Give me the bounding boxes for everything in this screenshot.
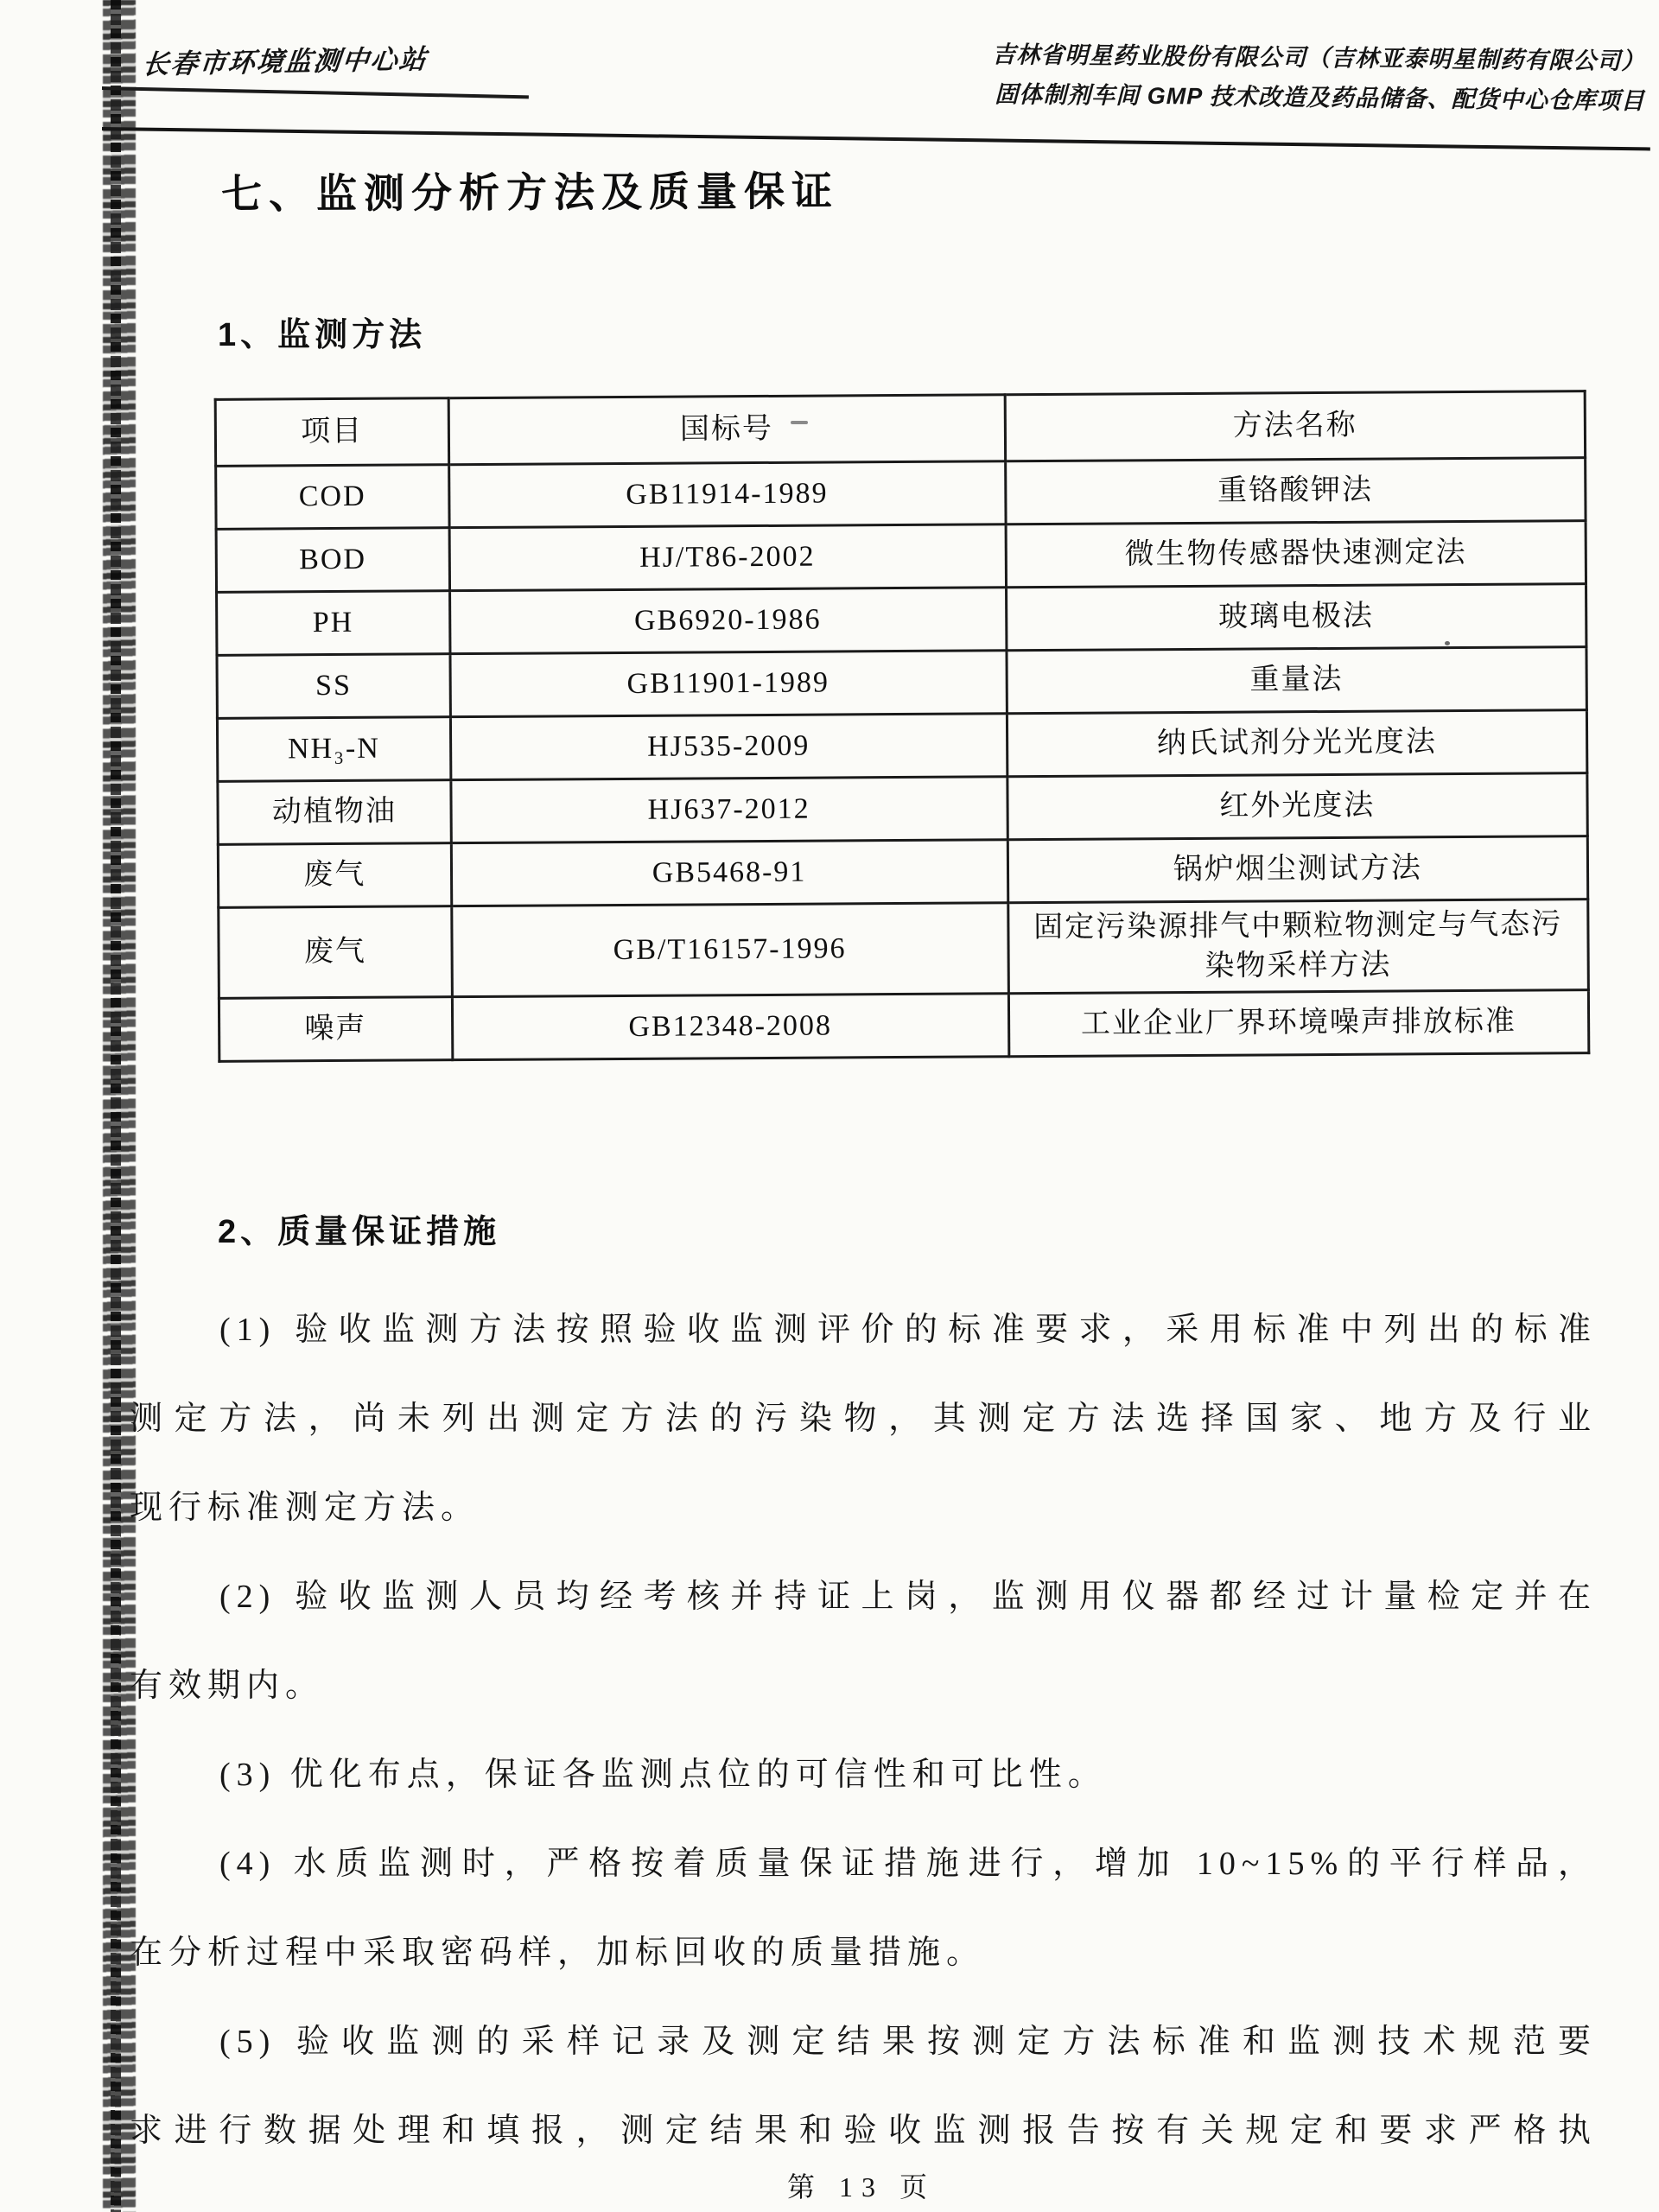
paragraph-line: (1) 验收监测方法按照验收监测评价的标准要求，采用标准中列出的标准 [130, 1286, 1597, 1375]
table-row: NH₃-N HJ535-2009 纳氏试剂分光光度法 [217, 710, 1586, 782]
monitoring-methods-table: 项目 国标号 方法名称 COD GB11914-1989 重铬酸钾法 BOD H… [214, 390, 1591, 1063]
cell-method: 玻璃电极法 [1006, 584, 1586, 651]
page-title: 七、监测分析方法及质量保证 [221, 159, 839, 220]
cell-item: 废气 [219, 906, 452, 999]
paragraph-line: (3) 优化布点，保证各监测点位的可信性和可比性。 [130, 1731, 1597, 1820]
scan-edge-artifact-inner [111, 0, 121, 2212]
cell-standard: GB/T16157-1996 [451, 903, 1008, 997]
section-1-heading: 1、监测方法 [218, 308, 426, 355]
paragraph-line: 有效期内。 [130, 1642, 1597, 1731]
cell-item: NH₃-N [217, 717, 450, 782]
cell-standard: GB11914-1989 [448, 461, 1005, 528]
cell-standard: GB5468-91 [451, 840, 1007, 906]
page-footer: 第 13 页 [0, 2165, 1659, 2205]
cell-standard: HJ/T86-2002 [449, 524, 1006, 591]
table-row: 废气 GB5468-91 锅炉烟尘测试方法 [218, 836, 1587, 908]
cell-method: 固定污染源排气中颗粒物测定与气态污染物采样方法 [1007, 899, 1588, 994]
table-row: 动植物油 HJ637-2012 红外光度法 [218, 773, 1587, 845]
cell-item: 废气 [218, 843, 451, 908]
cell-method: 锅炉烟尘测试方法 [1007, 836, 1588, 903]
header-left-underline [102, 86, 529, 99]
cell-item: BOD [216, 528, 449, 593]
header-org-name: 长春市环境监测中心站 [141, 37, 430, 81]
cell-item: 噪声 [219, 997, 452, 1062]
header-project-line: 固体制剂车间 GMP 技术改造及药品储备、配货中心仓库项目 [992, 74, 1645, 121]
cell-item: SS [217, 654, 450, 719]
table-row: BOD HJ/T86-2002 微生物传感器快速测定法 [216, 521, 1586, 593]
quality-assurance-text: (1) 验收监测方法按照验收监测评价的标准要求，采用标准中列出的标准 测定方法，… [130, 1286, 1597, 2176]
scanned-document-page: 长春市环境监测中心站 吉林省明星药业股份有限公司（吉林亚泰明星制药有限公司） 固… [0, 0, 1659, 2212]
cell-standard: HJ535-2009 [450, 714, 1007, 780]
cell-standard: GB6920-1986 [449, 588, 1006, 654]
paragraph-line: 在分析过程中采取密码样，加标回收的质量措施。 [130, 1909, 1597, 1998]
col-header-item: 项目 [215, 398, 448, 467]
cell-standard: GB12348-2008 [452, 994, 1008, 1060]
page-number: 第 13 页 [787, 2171, 936, 2202]
paragraph-line: (5) 验收监测的采样记录及测定结果按测定方法标准和监测技术规范要 [130, 1998, 1597, 2087]
cell-method: 红外光度法 [1007, 773, 1587, 840]
cell-method: 纳氏试剂分光光度法 [1007, 710, 1587, 777]
table-row: SS GB11901-1989 重量法 [217, 647, 1586, 719]
cell-item: PH [217, 591, 450, 656]
table-row: 噪声 GB12348-2008 工业企业厂界环境噪声排放标准 [219, 990, 1588, 1062]
paragraph-line: 求进行数据处理和填报，测定结果和验收监测报告按有关规定和要求严格执 [130, 2087, 1597, 2176]
cell-method: 重铬酸钾法 [1005, 458, 1586, 524]
header-company-line: 吉林省明星药业股份有限公司（吉林亚泰明星制药有限公司） [992, 35, 1645, 81]
cell-standard: HJ637-2012 [450, 777, 1007, 843]
col-header-method: 方法名称 [1005, 391, 1586, 461]
paragraph-line: (2) 验收监测人员均经考核并持证上岗，监测用仪器都经过计量检定并在 [130, 1553, 1597, 1642]
section-2-heading: 2、质量保证措施 [218, 1205, 500, 1252]
paragraph-line: 测定方法，尚未列出测定方法的污染物，其测定方法选择国家、地方及行业 [130, 1375, 1597, 1464]
table-row: 废气 GB/T16157-1996 固定污染源排气中颗粒物测定与气态污染物采样方… [219, 899, 1589, 999]
cell-method: 重量法 [1006, 647, 1586, 714]
paragraph-line: 现行标准测定方法。 [130, 1464, 1597, 1553]
col-header-standard: 国标号 [448, 395, 1005, 465]
cell-standard: GB11901-1989 [450, 651, 1007, 717]
cell-method: 微生物传感器快速测定法 [1006, 521, 1586, 588]
cell-method: 工业企业厂界环境噪声排放标准 [1008, 990, 1589, 1057]
paragraph-line: (4) 水质监测时，严格按着质量保证措施进行，增加 10~15%的平行样品， [130, 1820, 1597, 1909]
header-underline [102, 127, 1650, 150]
table-row: COD GB11914-1989 重铬酸钾法 [216, 458, 1586, 530]
header-project-block: 吉林省明星药业股份有限公司（吉林亚泰明星制药有限公司） 固体制剂车间 GMP 技… [992, 35, 1646, 121]
cell-item: COD [216, 465, 449, 530]
table-row: PH GB6920-1986 玻璃电极法 [217, 584, 1586, 656]
cell-item: 动植物油 [218, 780, 451, 845]
table-header-row: 项目 国标号 方法名称 [215, 391, 1585, 467]
